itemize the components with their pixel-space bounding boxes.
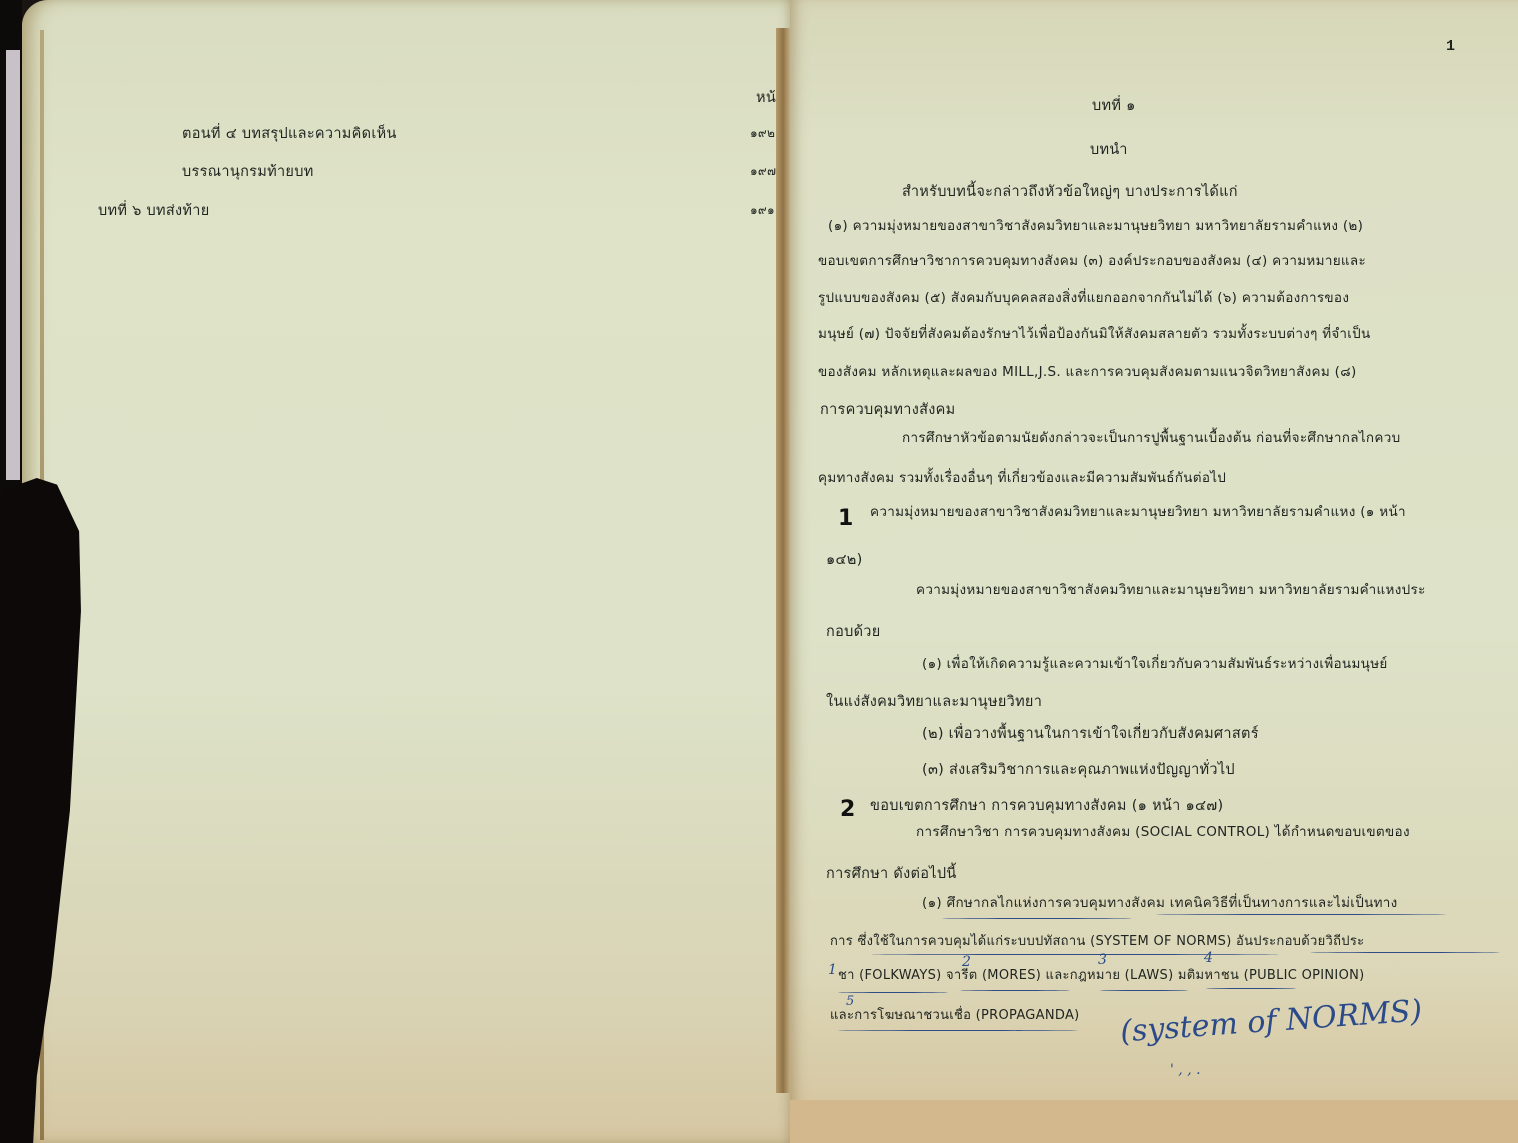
pen-underline — [870, 954, 1280, 955]
chapter-title: บทนำ — [1090, 138, 1128, 161]
body-line: คุมทางสังคม รวมทั้งเรื่องอื่นๆ ที่เกี่ยว… — [818, 466, 1226, 488]
body-line: (๑) ความมุ่งหมายของสาขาวิชาสังคมวิทยาและ… — [828, 214, 1363, 236]
list-item: (๑) เพื่อให้เกิดความรู้และความเข้าใจเกี่… — [922, 652, 1388, 674]
toc-entry-label: ตอนที่ ๔ บทสรุปและความคิดเห็น — [182, 122, 397, 145]
pen-number: 4 — [1204, 950, 1213, 966]
pen-marks: ' , , . — [1170, 1062, 1201, 1078]
body-line: การควบคุมทางสังคม — [820, 398, 955, 421]
body-line: มนุษย์ (๗) ปัจจัยที่สังคมต้องรักษาไว้เพื… — [818, 322, 1371, 344]
pen-number: 5 — [846, 994, 854, 1009]
body-line: (๑) ศึกษากลไกแห่งการควบคุมทางสังคม เทคนิ… — [922, 891, 1398, 913]
pen-number: 3 — [1098, 952, 1107, 968]
book-spread: หน้า ตอนที่ ๔ บทสรุปและความคิดเห็น ๑๙๒ บ… — [0, 0, 1518, 1143]
page-number: 1 — [1446, 38, 1455, 55]
pen-underline — [838, 992, 948, 993]
body-line: ของสังคม หลักเหตุและผลของ MILL,J.S. และก… — [818, 360, 1357, 382]
section-intro-cont: การศึกษา ดังต่อไปนี้ — [826, 862, 957, 885]
chapter-number: บทที่ ๑ — [1092, 94, 1136, 117]
list-item: (๓) ส่งเสริมวิชาการและคุณภาพแห่งปัญญาทั่… — [922, 758, 1235, 781]
toc-entry-page: ๑๙๑ — [750, 201, 775, 220]
body-line: และการโฆษณาชวนเชื่อ (PROPAGANDA) — [830, 1004, 1080, 1025]
pen-number: 2 — [962, 954, 971, 970]
right-page: 1 บทที่ ๑ บทนำ สำหรับบทนี้จะกล่าวถึงหัวข… — [790, 0, 1518, 1143]
section-intro: ความมุ่งหมายของสาขาวิชาสังคมวิทยาและมานุ… — [916, 578, 1426, 600]
list-item: (๒) เพื่อวางพื้นฐานในการเข้าใจเกี่ยวกับส… — [922, 722, 1259, 745]
toc-entry-label: บรรณานุกรมท้ายบท — [182, 160, 314, 183]
section-heading-cont: ๑๔๒) — [826, 548, 863, 571]
body-line: สำหรับบทนี้จะกล่าวถึงหัวข้อใหญ่ๆ บางประก… — [902, 180, 1238, 203]
pen-underline — [1206, 988, 1296, 989]
section-number: 1 — [838, 506, 853, 531]
pen-underline — [838, 1030, 1078, 1031]
body-line: ขอบเขตการศึกษาวิชาการควบคุมทางสังคม (๓) … — [818, 249, 1366, 271]
handwritten-note: (system of NORMS) — [1119, 993, 1423, 1049]
body-line: รูปแบบของสังคม (๕) สังคมกับบุคคลสองสิ่งท… — [818, 286, 1349, 308]
body-line: การศึกษาหัวข้อตามนัยดังกล่าวจะเป็นการปูพ… — [902, 426, 1400, 448]
section-intro: การศึกษาวิชา การควบคุมทางสังคม (SOCIAL C… — [916, 820, 1410, 842]
left-page: หน้า ตอนที่ ๔ บทสรุปและความคิดเห็น ๑๙๒ บ… — [22, 0, 792, 1143]
toc-entry-page: ๑๙๒ — [750, 124, 775, 143]
section-number: 2 — [840, 797, 855, 822]
pen-underline — [942, 918, 1132, 919]
toc-entry-label: บทที่ ๖ บทส่งท้าย — [98, 199, 210, 222]
pen-underline — [1156, 914, 1446, 915]
book-gutter — [776, 28, 790, 1093]
page-bottom-strip — [790, 1100, 1518, 1143]
toc-entry-page: ๑๙๗ — [750, 162, 776, 181]
section-heading: ความมุ่งหมายของสาขาวิชาสังคมวิทยาและมานุ… — [870, 500, 1406, 522]
pen-underline — [1310, 952, 1500, 953]
background-edge-light — [6, 50, 20, 480]
pen-underline — [960, 990, 1070, 991]
list-item-cont: ในแง่สังคมวิทยาและมานุษยวิทยา — [826, 690, 1042, 713]
section-heading: ขอบเขตการศึกษา การควบคุมทางสังคม (๑ หน้า… — [870, 794, 1223, 817]
pen-underline — [1100, 990, 1188, 991]
section-intro-cont: กอบด้วย — [826, 620, 881, 643]
pen-number: 1 — [828, 962, 837, 978]
body-line: การ ซึ่งใช้ในการควบคุมได้แก่ระบบปทัสถาน … — [830, 930, 1364, 951]
